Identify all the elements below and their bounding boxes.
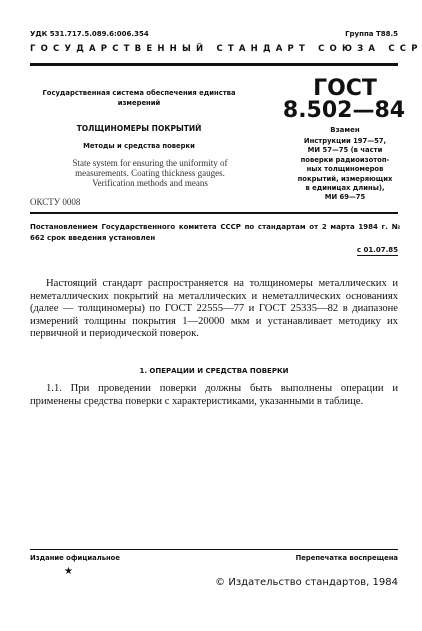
- replaces-heading: Взамен: [300, 126, 390, 134]
- gost-number: 8.502—84: [280, 98, 408, 123]
- official-edition-label: Издание официальное: [30, 554, 120, 562]
- replaces-line: Инструкции 197—57,: [282, 137, 408, 146]
- document-title: ТОЛЩИНОМЕРЫ ПОКРЫТИЙ: [36, 124, 242, 133]
- system-line-1: Государственная система обеспечения един…: [36, 88, 242, 98]
- clause-paragraph: 1.1. При проведении поверки должны быть …: [30, 383, 398, 408]
- okstu-code: ОКСТУ 0008: [30, 197, 80, 207]
- replaces-line: ных толщиномеров: [282, 165, 408, 174]
- decree-text: Постановлением Государственного комитета…: [30, 222, 400, 244]
- bottom-rule-divider: [30, 549, 398, 550]
- reprint-prohibited-label: Перепечатка воспрещена: [296, 554, 398, 562]
- replaces-line: МИ 69—75: [282, 193, 408, 202]
- group-code: Группа Т88.5: [345, 30, 398, 38]
- state-standard-banner: ГОСУДАРСТВЕННЫЙ СТАНДАРТ СОЮЗА ССР: [30, 44, 398, 54]
- replaces-list: Инструкции 197—57, МИ 57—75 (в части пов…: [282, 137, 408, 203]
- english-line-1: State system for ensuring the uniformity…: [40, 158, 260, 168]
- replaces-line: в единицах длины),: [282, 184, 408, 193]
- middle-rule-divider: [30, 212, 398, 214]
- top-rule-divider: [30, 63, 398, 66]
- english-line-3: Verification methods and means: [40, 178, 260, 188]
- clause-text: 1.1. При проведении поверки должны быть …: [30, 383, 398, 407]
- document-subtitle: Методы и средства поверки: [36, 142, 242, 150]
- intro-paragraph: Настоящий стандарт распространяется на т…: [30, 278, 398, 341]
- measurement-system-heading: Государственная система обеспечения един…: [36, 88, 242, 108]
- effective-date: с 01.07.85: [357, 246, 398, 256]
- system-line-2: измерений: [36, 98, 242, 108]
- intro-text: Настоящий стандарт распространяется на т…: [30, 278, 398, 339]
- section-heading: 1. ОПЕРАЦИИ И СРЕДСТВА ПОВЕРКИ: [30, 367, 398, 375]
- replaces-line: покрытий, измеряющих: [282, 175, 408, 184]
- copyright-notice: © Издательство стандартов, 1984: [215, 577, 398, 588]
- star-icon: ★: [64, 566, 73, 577]
- replaces-line: поверки радиоизотоп-: [282, 156, 408, 165]
- udk-code: УДК 531.717.5.089.6:006.354: [30, 30, 149, 38]
- english-line-2: measurements. Coating thickness gauges.: [40, 168, 260, 178]
- replaces-line: МИ 57—75 (в части: [282, 146, 408, 155]
- english-title: State system for ensuring the uniformity…: [40, 158, 260, 188]
